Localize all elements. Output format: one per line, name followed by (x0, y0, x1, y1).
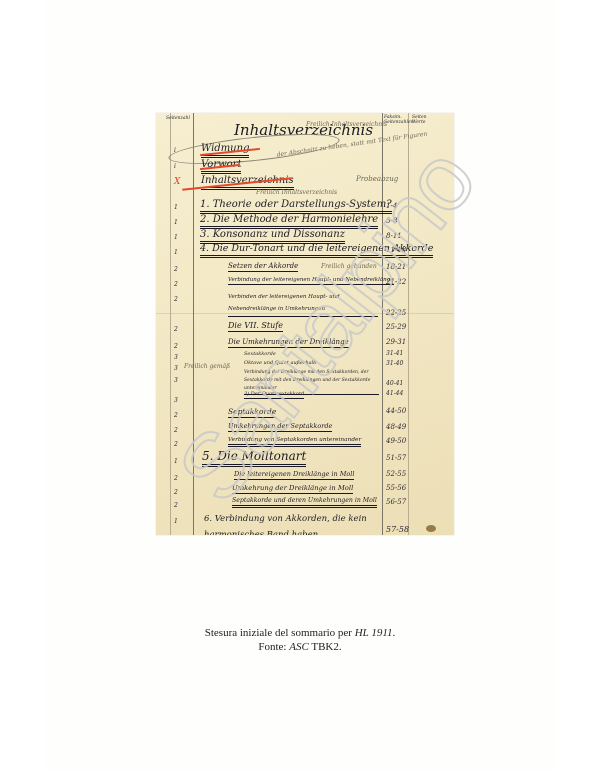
entry-pages: 57-58 (386, 525, 409, 534)
margin-line-outer (170, 113, 171, 535)
caption-italic: HL 1911 (355, 627, 393, 639)
entry-pages: 31-41 (386, 350, 403, 357)
entry-section: Die VII. Stufe (228, 321, 283, 332)
entry-section: Septakkorde und deren Umkehrungen in Mol… (232, 497, 377, 508)
entry-subsection: Sextakkorde (244, 351, 276, 357)
entry-pages: 56-57 (386, 498, 406, 506)
entry-pages: 40-41 (386, 380, 403, 387)
column-line-values (408, 113, 409, 535)
entry-section: Verbindung der leitereigenen Haupt- und … (228, 277, 394, 285)
left-number: 3 (174, 377, 178, 384)
left-number: 2 (174, 266, 178, 273)
entry-section: Verbindung von Septakkorden untereinande… (228, 437, 361, 447)
margin-line-left (193, 113, 194, 535)
left-number: 2 (174, 475, 178, 482)
left-number: i (174, 147, 176, 154)
header-left: Seitenzahl (166, 116, 190, 121)
entry-section: Umkehrung der Dreiklänge in Moll (232, 484, 353, 494)
entry-pages: 8-11 (386, 232, 402, 240)
left-number: 2 (174, 296, 178, 303)
left-number: 1 (174, 219, 178, 226)
entry-pages: 41-44 (386, 390, 403, 397)
pre-chapter-note: Freilich Inhaltsverzeichnis (256, 189, 337, 196)
left-number: 2 (174, 412, 178, 419)
caption-line-1: Stesura iniziale del sommario per HL 191… (0, 626, 600, 640)
entry-pages: 11-18 (386, 246, 406, 254)
entry-pages: 51-57 (386, 454, 406, 462)
entry-chapter-5: 5. Die Molltonart (202, 449, 306, 467)
left-number: 1 (174, 204, 178, 211)
left-number: 2 (174, 281, 178, 288)
left-number: 2 (174, 502, 178, 509)
manuscript-image: Seitenzahl Faksim. Seitenzahlen Seiten W… (156, 113, 454, 535)
entry-section: Verbinden der leitereigenen Haupt- und N… (228, 291, 378, 317)
left-number: 2 (174, 489, 178, 496)
caption-italic: ASC (289, 641, 309, 653)
entry-chapter-6: 6. Verbindung von Akkorden, die kein har… (204, 511, 384, 535)
left-number: 1 (174, 234, 178, 241)
entry-pages: 55-56 (386, 484, 406, 492)
entry-pages: 52-55 (386, 470, 406, 478)
left-number: 2 (174, 343, 178, 350)
title-annotation: Freilich Inhaltsverzeichnis (306, 121, 387, 128)
side-note: Probeabzug (356, 175, 398, 183)
entry-section: Die Umkehrungen der Dreiklänge (228, 338, 349, 348)
entry-pages: 5-8 (386, 217, 397, 225)
entry-section: Septakkorde (228, 407, 276, 418)
entry-pages: 48-49 (386, 423, 406, 431)
left-number: 3 (174, 354, 178, 361)
left-number: 3 (174, 397, 178, 404)
entry-pages: 18-21 (386, 263, 406, 271)
ink-stain (426, 525, 436, 532)
entry-section: Umkehrungen der Septakkorde (228, 422, 332, 432)
entry-pages: 25-29 (386, 323, 406, 331)
entry-chapter-2: 2. Die Methode der Harmonielehre (200, 214, 378, 229)
entry-pages: 1-4 (386, 202, 397, 210)
entry-pages: 29-31 (386, 338, 406, 346)
left-number: 1 (174, 458, 178, 465)
entry-pages: 31-40 (386, 360, 403, 367)
caption-text: . (393, 627, 396, 639)
left-number: 1 (174, 249, 178, 256)
caption-line-2: Fonte: ASC TBK2. (0, 640, 600, 654)
left-number: 2 (174, 441, 178, 448)
left-number: 2 (174, 427, 178, 434)
entry-section: Die leitereigenen Dreiklänge in Moll (234, 470, 354, 480)
left-number: 3 (174, 365, 178, 372)
entry-note: Freilich gemäß (184, 363, 230, 370)
entry-pages: 21-22 (386, 278, 406, 286)
caption-text: Fonte: (258, 641, 289, 653)
entry-subsection: 3) Der Quartsextakkord (244, 391, 304, 399)
header-right-1: Faksim. Seitenzahlen (384, 115, 408, 125)
entry-subsection: Oktave und Quint außerhalb (244, 360, 316, 366)
entry-pages: 49-50 (386, 437, 406, 445)
header-right-2: Seiten Werte (412, 115, 436, 125)
caption-text: Stesura iniziale del sommario per (205, 627, 355, 639)
caption-text: TBK2. (309, 641, 342, 653)
figure-caption: Stesura iniziale del sommario per HL 191… (0, 626, 600, 654)
left-number: 1 (174, 518, 178, 525)
entry-pages: 44-50 (386, 407, 406, 415)
left-number-red: X (174, 177, 180, 187)
entry-chapter-1: 1. Theorie oder Darstellungs-System? (200, 199, 392, 214)
entry-pages: 22-25 (386, 309, 406, 317)
entry-note: Freilich gebunden (321, 263, 377, 270)
left-number: 2 (174, 326, 178, 333)
entry-section: Setzen der Akkorde (228, 262, 298, 272)
left-number: i (174, 163, 176, 170)
entry-chapter-3: 3. Konsonanz und Dissonanz (200, 229, 345, 244)
